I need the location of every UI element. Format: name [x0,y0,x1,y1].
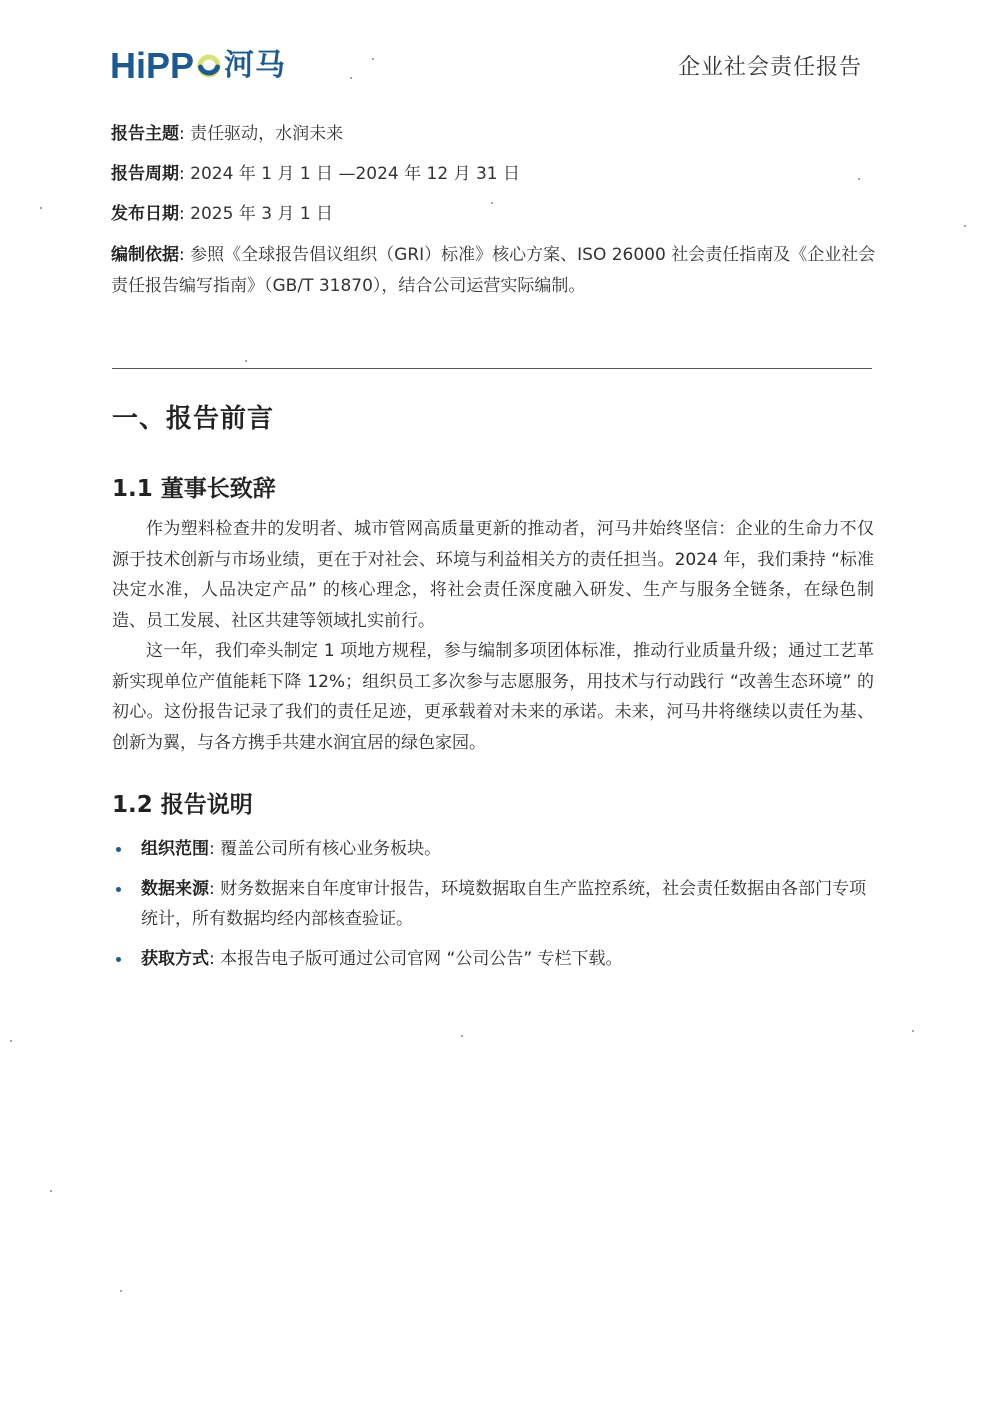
meta-separator: : [179,124,185,144]
subsection-heading-notes: 1.2 报告说明 [112,786,253,819]
meta-label: 报告周期 [111,164,179,184]
bullet-dot-icon [116,957,121,962]
logo-chinese-name: 河马 [224,51,286,81]
scan-speck [245,360,247,362]
bullet-dot-icon [116,887,121,892]
meta-separator: : [179,204,185,224]
bullet-text: 覆盖公司所有核心业务板块。 [220,839,441,859]
meta-separator: : [179,245,185,265]
report-header-title: 企业社会责任报告 [678,50,862,81]
scan-speck [964,225,966,227]
bullet-dot-icon [116,847,121,852]
chairman-paragraph-1: 作为塑料检查井的发明者、城市管网高质量更新的推动者，河马井始终坚信：企业的生命力… [112,514,874,636]
scan-speck [350,77,352,79]
document-page: HiPP 河马 企业社会责任报告 报告主题: 责任驱动，水润未来 报告周期: 2… [0,0,1000,1413]
bullet-label: 组织范围 [141,839,209,859]
scan-speck [858,178,860,180]
meta-theme: 报告主题: 责任驱动，水润未来 [111,120,881,148]
logo-ring-icon [197,54,221,78]
scan-speck [461,1035,463,1037]
scan-speck [40,207,42,209]
bullet-text: 本报告电子版可通过公司官网 “公司公告” 专栏下载。 [220,949,622,969]
meta-label: 发布日期 [111,204,179,224]
meta-value: 2024 年 1 月 1 日 —2024 年 12 月 31 日 [190,164,520,184]
report-notes-list: 组织范围: 覆盖公司所有核心业务板块。 数据来源: 财务数据来自年度审计报告，环… [112,834,874,984]
section-heading: 一、报告前言 [112,398,274,435]
bullet-separator: : [209,949,215,969]
bullet-label: 数据来源 [141,879,209,899]
meta-separator: : [179,164,185,184]
meta-value: 2025 年 3 月 1 日 [190,204,333,224]
list-item: 组织范围: 覆盖公司所有核心业务板块。 [112,834,874,864]
scan-speck [10,1040,12,1042]
list-item: 数据来源: 财务数据来自年度审计报告，环境数据取自生产监控系统，社会责任数据由各… [112,874,874,934]
scan-speck [372,58,374,60]
report-meta: 报告主题: 责任驱动，水润未来 报告周期: 2024 年 1 月 1 日 —20… [111,120,881,314]
bullet-separator: : [209,879,215,899]
subsection-heading-chairman: 1.1 董事长致辞 [112,470,276,503]
meta-period: 报告周期: 2024 年 1 月 1 日 —2024 年 12 月 31 日 [111,160,881,188]
company-logo: HiPP 河马 [110,46,286,86]
meta-publish-date: 发布日期: 2025 年 3 月 1 日 [111,200,881,228]
bullet-label: 获取方式 [141,949,209,969]
meta-label: 编制依据 [111,245,179,265]
meta-value: 责任驱动，水润未来 [190,124,343,144]
meta-label: 报告主题 [111,124,179,144]
logo-wordmark: HiPP [110,48,194,84]
bullet-text: 财务数据来自年度审计报告，环境数据取自生产监控系统，社会责任数据由各部门专项统计… [141,879,866,929]
section-divider [112,368,872,369]
scan-speck [50,1190,52,1192]
meta-basis: 编制依据: 参照《全球报告倡议组织（GRI）标准》核心方案、ISO 26000 … [111,240,881,302]
scan-speck [120,1290,122,1292]
scan-speck [491,202,493,204]
chairman-paragraph-2: 这一年，我们牵头制定 1 项地方规程，参与编制多项团体标准，推动行业质量升级；通… [112,636,874,758]
list-item: 获取方式: 本报告电子版可通过公司官网 “公司公告” 专栏下载。 [112,944,874,974]
bullet-separator: : [209,839,215,859]
meta-value: 参照《全球报告倡议组织（GRI）标准》核心方案、ISO 26000 社会责任指南… [111,245,875,296]
scan-speck [912,1030,914,1032]
